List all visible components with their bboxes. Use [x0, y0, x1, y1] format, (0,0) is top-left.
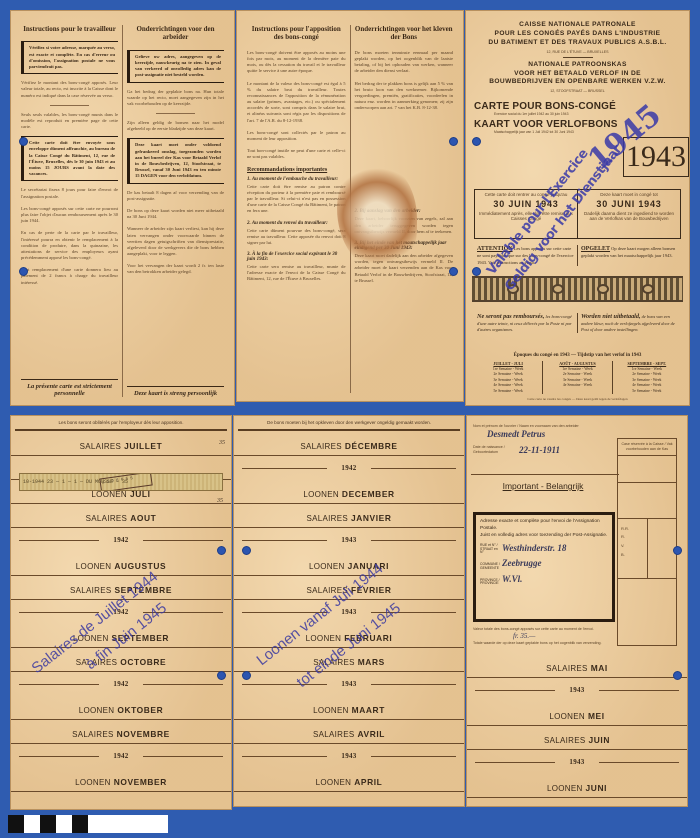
apposition-nl-p1: De bons moeten tenminste eenmaal per maa… — [355, 50, 454, 75]
apposition-fr-p4: Tout bon-congé inutile ne peut d'une car… — [247, 148, 346, 160]
periods-footer: Cette carte ne vaudra les congés — Deze … — [474, 397, 681, 401]
row-loonen-juni[interactable]: LOONENJUNI — [467, 774, 687, 798]
row-year: 1942 — [11, 672, 231, 696]
row-year: 1943 — [467, 750, 687, 774]
row-year: 1943 — [234, 672, 464, 696]
street-value[interactable]: Westhinderstr. 18 — [502, 542, 566, 556]
period-september: SEPTEMBRE - SEPT. 1re Semaine - Week 2e … — [612, 361, 681, 394]
salary-rows: SALAIRESMAI 1943 LOONENMEI SALAIRESJUIN … — [467, 654, 687, 798]
org-name-fr: CAISSE NATIONALE PATRONALE POUR LES CONG… — [474, 21, 681, 48]
instructions-nl-footer: Deze kaart is streng persoonlijk — [127, 386, 224, 397]
instructions-nl-box1: Gelieve uw adres, aangegeven op de keerz… — [127, 50, 224, 83]
panel-worker-instructions: Instructions pour le travailleur Vérifie… — [10, 10, 235, 406]
punch-hole — [242, 671, 251, 680]
row-salaires-decembre[interactable]: SALAIRESDÉCEMBRE — [234, 432, 464, 456]
instructions-fr-footer: La présente carte est strictement person… — [21, 379, 118, 397]
panel-worker-details: Nom et prénom de l'ouvrier / Naam en voo… — [466, 415, 688, 807]
holiday-periods-table: Époques du congé en 1943 — Tijdstip van … — [474, 353, 681, 401]
province-value[interactable]: W.Vl. — [502, 573, 522, 587]
periods-heading: Époques du congé en 1943 — Tijdstip van … — [474, 353, 681, 358]
birth-label: Date de naissance / Geboortedatum — [473, 445, 513, 454]
province-field: PROVINCE / PROVINCIE W.Vl. — [480, 573, 608, 587]
commune-field: COMMUNE / GEMEENTE Zeebrugge — [480, 557, 608, 571]
row-year: 1943 — [234, 600, 464, 624]
scale-segment — [40, 815, 56, 833]
row-salaires-juillet[interactable]: SALAIRESJUILLET — [11, 432, 231, 456]
rec1-text: Cette carte doit être remise au patron c… — [247, 184, 346, 215]
instructions-nl-p5: Wanneer de arbeider zijn kaart verliest,… — [127, 226, 224, 257]
refund-fr: Ne seront pas remboursés, les bons-congé… — [474, 313, 577, 333]
ornament-eye-icon — [642, 284, 654, 294]
panel-salaries-jul-nov: Les bons seront oblitérés par l'employeu… — [10, 415, 232, 810]
row-loonen-januari[interactable]: LOONENJANUARI — [234, 552, 464, 576]
validity-date-nl: 30 JUNI 1943 — [582, 199, 676, 209]
punch-hole — [217, 671, 226, 680]
row-loonen-november[interactable]: LOONENNOVEMBER — [11, 768, 231, 792]
period-august: AOÛT - AUGUSTUS 1re Semaine - Week 2e Se… — [542, 361, 611, 394]
total-value[interactable]: fr. 35.— — [513, 632, 613, 641]
org-address-nl: 12, STOOFSTRAAT — BRUSSEL — [474, 89, 681, 93]
row-salaires-janvier[interactable]: SALAIRESJANVIER — [234, 504, 464, 528]
office-use-header: Case réservée à la Caisse / Vak voorbeho… — [618, 439, 676, 456]
divider — [563, 57, 593, 58]
office-marks: R.R. R. V. B. — [618, 519, 676, 579]
rec2-text: Cette carte dûment pourvue des bons-cong… — [247, 228, 346, 247]
divider — [156, 113, 195, 114]
row-loonen-december[interactable]: LOONENDECEMBER — [234, 480, 464, 504]
panel-cover: CAISSE NATIONALE PATRONALE POUR LES CONG… — [465, 10, 690, 406]
birth-value[interactable]: 22-11-1911 — [519, 445, 560, 455]
punch-hole — [19, 137, 28, 146]
row-salaires-avril[interactable]: SALAIRESAVRIL — [234, 720, 464, 744]
row-salaires-aout[interactable]: SALAIRESAOUT — [11, 504, 231, 528]
attention-nl: OPGELET Op deze kaart mogen alleen bonse… — [577, 245, 681, 266]
row-salaires-novembre[interactable]: SALAIRESNOVEMBRE — [11, 720, 231, 744]
instructions-fr-p6: Tout remplacement d'une carte donnera li… — [21, 267, 118, 286]
rec3-title: 3. À la fin de l'exercice social expiran… — [247, 252, 346, 262]
panel-salaries-dec-apr: De bons moeten bij het opkleven door den… — [233, 415, 465, 807]
important-heading: Important - Belangrijk — [473, 481, 613, 491]
address-intro-fr: Adresse exacte et complète pour l'envoi … — [480, 518, 608, 532]
row-year: 1942 — [11, 528, 231, 552]
postal-address-box: Adresse exacte et complète pour l'envoi … — [473, 512, 615, 622]
refund-nl: Worden niet uitbetaald, de bons van een … — [577, 313, 681, 333]
punch-hole — [673, 546, 682, 555]
row-loonen-oktober[interactable]: LOONENOKTOBER — [11, 696, 231, 720]
punch-hole — [472, 137, 481, 146]
instructions-nl-p3: De kas betaalt 8 dagen af voor verzendin… — [127, 190, 224, 202]
instructions-nl-p1: Ga het bedrag der geplakte bons na. Hun … — [127, 89, 224, 108]
refund-notes: Ne seront pas remboursés, les bons-congé… — [474, 313, 681, 333]
office-use-grid: Case réservée à la Caisse / Vak voorbeho… — [617, 438, 677, 646]
row-year: 1942 — [11, 744, 231, 768]
punch-hole — [472, 267, 481, 276]
cancellation-stamp: 1 3 0 6 6 5 5 — [99, 473, 152, 491]
punch-hole — [19, 267, 28, 276]
ornament-eye-icon — [597, 284, 609, 294]
office-cell — [618, 483, 676, 519]
instructions-nl-p4: De bons op deze kaart worden niet meer u… — [127, 208, 224, 220]
org-address-fr: 12, RUE DE L'ÉTUVE — BRUXELLES — [474, 50, 681, 54]
divider — [471, 474, 619, 475]
panel-stamp-instructions: Instructions pour l'apposition des bons-… — [236, 10, 464, 402]
apposition-fr-heading: Instructions pour l'apposition des bons-… — [247, 25, 346, 42]
salary-rows: SALAIRESDÉCEMBRE 1942 LOONENDECEMBER SAL… — [234, 432, 464, 792]
row-loonen-augustus[interactable]: LOONENAUGUSTUS — [11, 552, 231, 576]
address-intro-nl: Juist en volledig adres voor toezending … — [480, 532, 608, 539]
period-july: JUILLET - JULI 1re Semaine - Week 2e Sem… — [474, 361, 542, 394]
instructions-nl-column: Onderrichtingen voor den arbeider Geliev… — [122, 25, 228, 397]
decorative-band — [472, 276, 683, 302]
punch-hole — [449, 137, 458, 146]
instructions-fr-p1: Vérifiez le montant des bons-congé appos… — [21, 80, 118, 99]
instructions-nl-p6: Voor het vervangen der kaart wordt 2 fr.… — [127, 263, 224, 275]
recommendations-heading: Recommandations importantes — [247, 167, 346, 173]
instructions-fr-box2: Cette carte doit être envoyée sous envel… — [21, 136, 118, 181]
instructions-fr-column: Instructions pour le travailleur Vérifie… — [17, 25, 122, 397]
org-name-nl: NATIONALE PATROONSKAS VOOR HET BETAALD V… — [474, 61, 681, 88]
rec3-text: Cette carte sera remise au travailleur, … — [247, 264, 346, 283]
rec2-title: 2. Au moment du renvoi du travailleur: — [247, 221, 346, 226]
row-year: 1943 — [467, 678, 687, 702]
scale-segment — [88, 815, 168, 833]
name-value[interactable]: Desmedt Petrus — [487, 429, 611, 439]
punch-hole — [673, 671, 682, 680]
instructions-fr-p3: Le secrétariat fixera 8 jours pour faire… — [21, 187, 118, 199]
instructions-nl-heading: Onderrichtingen voor den arbeider — [127, 25, 224, 42]
punch-hole — [449, 267, 458, 276]
punch-hole — [217, 546, 226, 555]
scale-segment — [72, 815, 88, 833]
margin-note: 35 — [219, 440, 225, 446]
apposition-fr-column: Instructions pour l'apposition des bons-… — [243, 25, 350, 393]
punch-hole — [242, 546, 251, 555]
affixed-bon-strip: 10-1944 23 — 1 — 1 — DU MOUSSE — 35 1 3 … — [19, 473, 223, 491]
apposition-nl-heading: Onderrichtingen voor het kleven der Bons — [355, 25, 454, 42]
row-year: 1942 — [234, 456, 464, 480]
total-value-note: Valeur totale des bons-congé apposés sur… — [473, 627, 613, 646]
office-cell — [618, 579, 676, 629]
divider — [50, 105, 89, 106]
obliteration-notice: Les bons seront oblitérés par l'employeu… — [15, 420, 227, 431]
instructions-fr-heading: Instructions pour le travailleur — [21, 25, 118, 33]
instructions-fr-p4: Les bons-congé apposés sur cette carte n… — [21, 206, 118, 225]
ornament-eye-icon — [552, 284, 564, 294]
validity-date-fr: 30 JUIN 1943 — [479, 199, 573, 209]
apposition-fr-p2: Le montant de la valeur des bons-congé e… — [247, 81, 346, 124]
scan-scale-bar — [8, 815, 168, 833]
rec1-title: 1. Au moment de l'embauche du travailleu… — [247, 177, 346, 182]
worker-identity: Nom et prénom de l'ouvrier / Naam en voo… — [473, 424, 611, 455]
row-salaires-juin[interactable]: SALAIRESJUIN — [467, 726, 687, 750]
instructions-fr-p5: En cas de perte de la carte par le trava… — [21, 230, 118, 261]
validity-nl: Deze kaart moet in congé tot 30 JUNI 194… — [577, 190, 680, 238]
instructions-nl-p2: Zijn alleen geldig de bonsen naar het mo… — [127, 120, 224, 132]
row-year: 1943 — [234, 744, 464, 768]
row-salaires-mai[interactable]: SALAIRESMAI — [467, 654, 687, 678]
scale-segment — [24, 815, 40, 833]
scale-segment — [56, 815, 72, 833]
street-field: RUE et N° / STRAAT en N° Westhinderstr. … — [480, 542, 608, 556]
commune-value[interactable]: Zeebrugge — [502, 557, 542, 571]
apposition-nl-p2: Het bedrag der te plakken bons is gelijk… — [355, 81, 454, 112]
instructions-nl-box2: Deze kaart moet onder voldoend gefrankee… — [127, 138, 224, 183]
apposition-fr-p3: Les bons-congé sont collectés par le pat… — [247, 130, 346, 142]
row-loonen-mei[interactable]: LOONENMEI — [467, 702, 687, 726]
row-year: 1943 — [234, 528, 464, 552]
obliteration-notice-nl: De bons moeten bij het opkleven door den… — [238, 420, 460, 431]
scale-segment — [8, 815, 24, 833]
row-loonen-maart[interactable]: LOONENMAART — [234, 696, 464, 720]
instructions-fr-box1: Vérifiez si votre adresse, marquée au ve… — [21, 41, 118, 74]
instructions-fr-p2: Seuls seuls valables, les bons-congé mun… — [21, 112, 118, 131]
row-loonen-april[interactable]: LOONENAPRIL — [234, 768, 464, 792]
margin-note: 35 — [217, 498, 223, 504]
office-cell — [618, 456, 676, 483]
apposition-fr-p1: Les bons-congé doivent être apposés au m… — [247, 50, 346, 75]
